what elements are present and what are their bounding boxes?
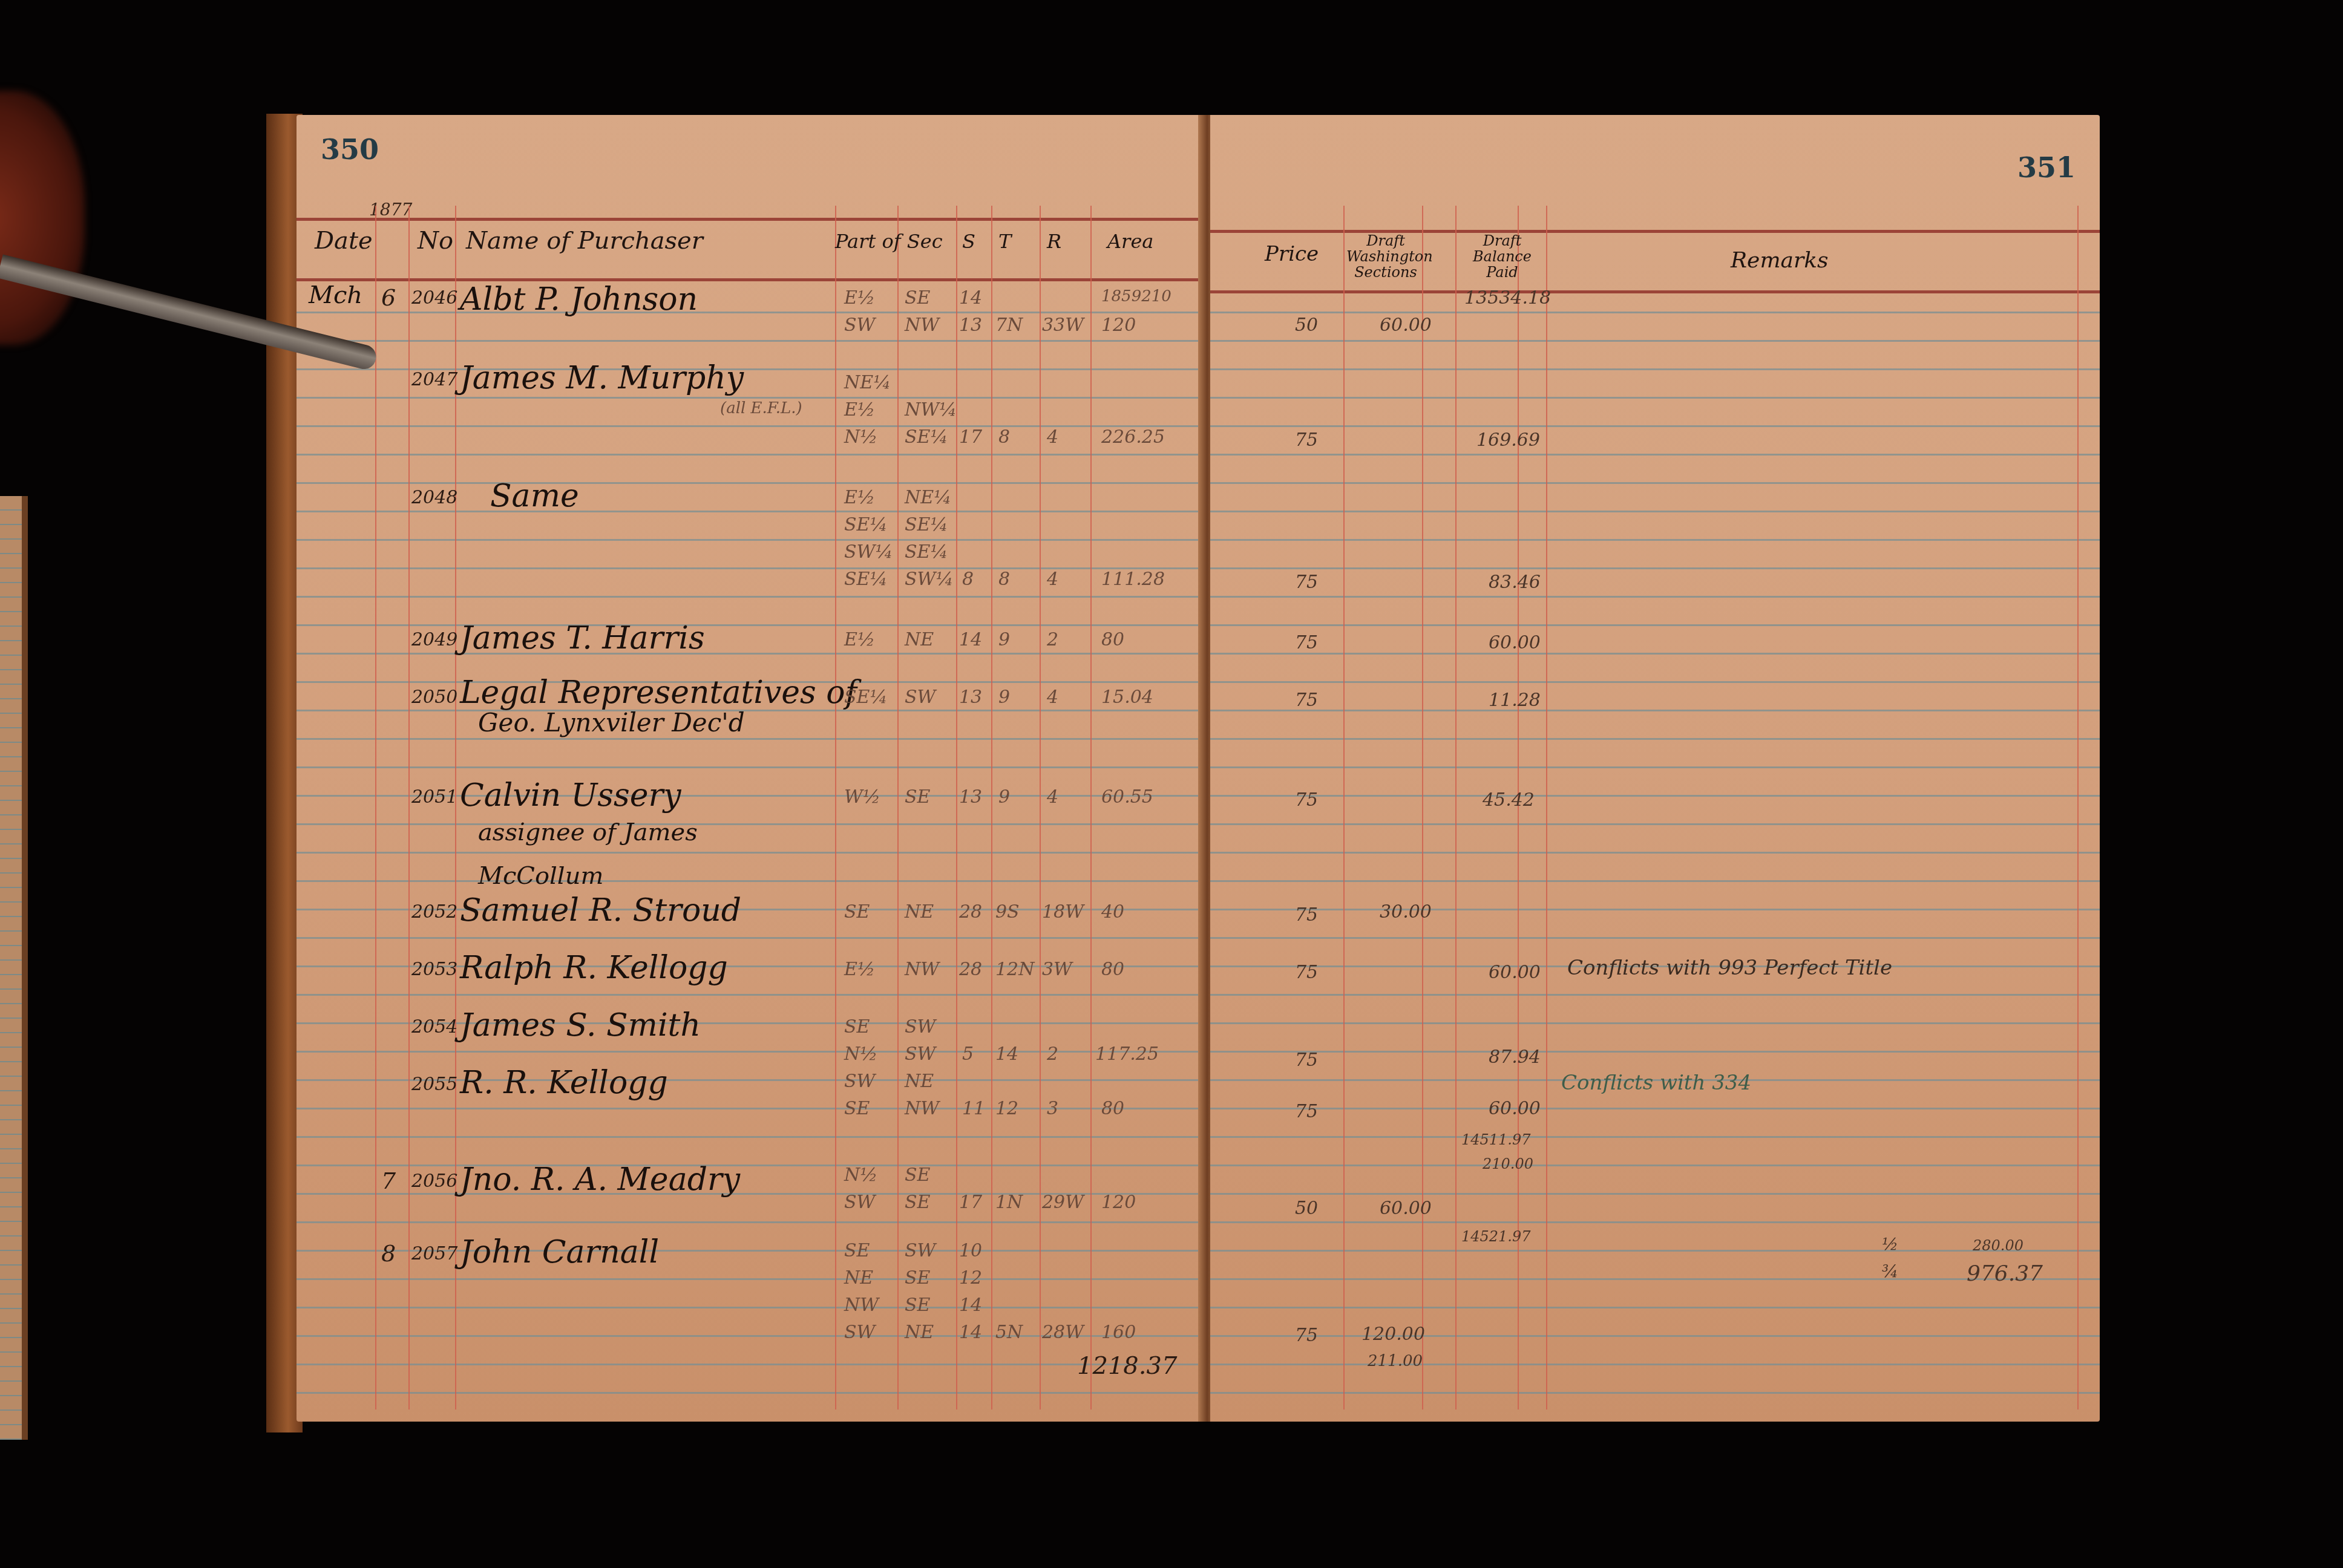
area: 160 [1101,1322,1136,1343]
entry-no: 2050 [411,687,457,708]
purchaser-name: James S. Smith [460,1007,701,1044]
entry-day: 6 [381,284,396,311]
header-s: S [962,230,975,253]
quarter: SE [905,1295,930,1316]
remark-text: Conflicts with 993 Perfect Title [1567,956,1892,980]
part: E½ [844,629,875,650]
header-name-of-purchaser: Name of Purchaser [466,227,703,255]
part: E½ [844,487,875,508]
range: 29W [1042,1192,1084,1213]
purchaser-name: James T. Harris [460,620,705,656]
purchaser-name: James M. Murphy [460,360,744,396]
part: SW¼ [844,541,893,563]
balance-value: 14521.97 [1461,1228,1531,1245]
range: 2 [1047,629,1058,650]
entry-no: 2049 [411,629,457,650]
quarter: NE [905,629,934,650]
col-rule [1455,206,1457,1410]
area: 80 [1101,629,1124,650]
quarter: NW [905,1098,939,1119]
quarter: SW [905,1016,936,1037]
sec: 8 [962,569,974,590]
area: 80 [1101,959,1124,980]
ruled-line [297,1165,1204,1166]
left-page: 350 1877 Date No Name of Purchaser Part … [297,115,1204,1422]
hand [0,91,85,345]
ruled-line [297,596,1204,598]
entry-day: 7 [381,1168,396,1194]
quarter: NW [905,959,939,980]
purchaser-name: Ralph R. Kellogg [460,950,728,986]
part: SW [844,1071,875,1092]
quarter: NE [905,1322,934,1343]
side-note-value: 280.00 [1973,1237,2023,1254]
price-value: 50 [1295,1198,1318,1219]
quarter: SW [905,1044,936,1065]
header-area: Area [1107,230,1153,253]
ruled-line [297,1136,1204,1138]
ruled-line [297,1364,1204,1365]
area: 120 [1101,1192,1136,1213]
sec: 13 [959,786,982,808]
sec: 13 [959,687,982,708]
purchaser-name: Samuel R. Stroud [460,892,741,929]
part: SE¼ [844,687,888,708]
washington-value: 120.00 [1362,1324,1425,1345]
area: 1859210 [1101,287,1171,305]
purchaser-name: Calvin Ussery [460,777,681,814]
area: 60.55 [1101,786,1153,808]
part: SE¼ [844,514,888,535]
area: 120 [1101,315,1136,336]
part: NW [844,1295,879,1316]
entry-no: 2052 [411,901,457,923]
sec: 14 [959,1322,982,1343]
township: 9 [998,687,1010,708]
running-addition: 210.00 [1483,1155,1533,1172]
quarter: NE¼ [844,372,891,393]
area-total: 1218.37 [1077,1352,1177,1380]
price-value: 75 [1295,1050,1318,1071]
ruled-line [297,937,1204,939]
township: 1N [995,1192,1023,1213]
area: 226.25 [1101,426,1165,448]
col-rule [408,206,410,1410]
sec: 28 [959,901,982,923]
entry-day: 8 [381,1240,396,1267]
header-no: No [418,227,453,255]
ruled-line [297,653,1204,655]
price-value: 75 [1295,1101,1318,1122]
quarter: NE [905,1071,934,1092]
part: E½ [844,959,875,980]
ruled-line [297,1307,1204,1308]
washington-total: 211.00 [1368,1352,1423,1370]
purchaser-name: R. R. Kellogg [460,1065,668,1101]
ruled-line [297,1392,1204,1394]
part: N½ [844,426,877,448]
price-value: 75 [1295,690,1318,711]
header-top-rule [297,218,1204,221]
price-value: 75 [1295,632,1318,653]
quarter: SE [905,786,930,808]
part: SE¼ [844,569,888,590]
price-value: 75 [1295,430,1318,451]
part: SE [844,901,870,923]
ruled-line [297,1108,1204,1109]
purchaser-name: Albt P. Johnson [460,281,698,318]
part: SW [844,1322,875,1343]
entry-no: 2057 [411,1243,457,1264]
header-r: R [1047,230,1061,253]
balance-value: 60.00 [1489,962,1541,983]
page-number-right: 351 [2017,151,2076,184]
purchaser-name: John Carnall [460,1234,659,1270]
ruled-line [297,482,1204,484]
township: 9 [998,786,1010,808]
range: 4 [1047,569,1058,590]
header-remarks: Remarks [1731,248,1829,273]
sec: 13 [959,315,982,336]
ruled-line [297,994,1204,996]
quarter: SE [905,287,930,309]
balance-value: 60.00 [1489,632,1541,653]
running-subtotal: 14511.97 [1461,1131,1531,1148]
sec: 17 [959,1192,982,1213]
range: 4 [1047,687,1058,708]
col-rule [897,206,899,1410]
entry-no: 2055 [411,1074,457,1095]
price-value: 75 [1295,572,1318,593]
quarter: SE¼ [905,514,948,535]
header-draft-balance: Draft Balance Paid [1458,233,1546,280]
ruled-line [297,738,1204,740]
col-rule [2077,206,2079,1410]
price-value: 75 [1295,1325,1318,1346]
quarter: SE [905,1267,930,1289]
col-rule [1546,206,1547,1410]
quarter: SE [905,1165,930,1186]
purchaser-name: Same [490,478,579,514]
balance-value: 83.46 [1489,572,1541,593]
quarter: SE¼ [905,426,948,448]
balance-value: 169.69 [1476,430,1540,451]
quarter: SW [905,687,936,708]
ruled-line [297,567,1204,569]
remark-text: Conflicts with 334 [1561,1071,1751,1095]
sec: 10 [959,1240,982,1261]
ruled-line [297,539,1204,541]
ruled-line [297,454,1204,456]
township: 14 [995,1044,1018,1065]
entry-note: assignee of James McCollum [478,811,781,898]
quarter: NE [905,901,934,923]
header-price: Price [1265,242,1319,266]
col-rule [375,206,376,1410]
part: W½ [844,786,880,808]
quarter: NE¼ [905,487,951,508]
col-rule [1343,206,1345,1410]
col-rule [956,206,957,1410]
purchaser-name: Legal Representatives of [460,675,857,711]
range: 33W [1042,315,1084,336]
ruled-line [297,425,1204,427]
sec: 5 [962,1044,974,1065]
entry-note: (all E.F.L.) [720,399,802,417]
part: NE [844,1267,873,1289]
sec: 14 [959,287,982,309]
township: 12 [995,1098,1018,1119]
header-bottom-rule [297,278,1204,281]
entry-no: 2048 [411,487,457,508]
quarter: NW¼ [905,399,957,420]
range: 4 [1047,426,1058,448]
part: SE [844,1016,870,1037]
side-note-value: 976.37 [1967,1261,2043,1286]
entry-no: 2047 [411,369,457,390]
entry-note: Geo. Lynxviler Dec'd [478,708,745,737]
range: 3W [1042,959,1072,980]
range: 4 [1047,786,1058,808]
sec: 14 [959,1295,982,1316]
quarter: SE¼ [905,541,948,563]
ledger-book: 350 1877 Date No Name of Purchaser Part … [266,109,2106,1452]
header-date: Date [315,227,373,255]
entry-no: 2054 [411,1016,457,1037]
col-rule [1040,206,1041,1410]
sec: 14 [959,629,982,650]
entry-no: 2053 [411,959,457,980]
quarter: NW [905,315,939,336]
entry-no: 2051 [411,786,457,808]
entry-month: Mch [309,281,362,309]
part: SW [844,315,875,336]
area: 117.25 [1095,1044,1159,1065]
area: 111.28 [1101,569,1165,590]
side-note-fraction: ½ [1882,1234,1898,1254]
col-rule [1422,206,1423,1410]
part: N½ [844,1044,877,1065]
part: E½ [844,287,875,309]
ruled-line [297,1278,1204,1280]
price-value: 75 [1295,904,1318,926]
ruled-line [297,397,1204,399]
col-rule [1090,206,1092,1410]
header-part-of-sec: Part of Sec [835,230,943,253]
part: SE [844,1240,870,1261]
ruled-line [297,1221,1204,1223]
washington-value: 60.00 [1380,1198,1432,1219]
purchaser-name: Jno. R. A. Meadry [460,1161,740,1198]
balance-value: 11.28 [1489,690,1541,711]
price-value: 50 [1295,315,1318,336]
ruled-line [297,511,1204,512]
township: 9 [998,629,1010,650]
right-page: 351 Price Draft Washington Sections Draf… [1210,115,2100,1422]
range: 3 [1047,1098,1058,1119]
ruled-line [297,1051,1204,1053]
ruled-line [297,766,1204,768]
quarter: SW¼ [905,569,953,590]
page-number-left: 350 [321,133,379,166]
ruled-line [297,340,1204,342]
area: 15.04 [1101,687,1153,708]
township: 9S [995,901,1020,923]
township: 7N [995,315,1023,336]
sec: 11 [962,1098,985,1119]
entry-no: 2056 [411,1171,457,1192]
part: SE [844,1098,870,1119]
entry-no: 2046 [411,287,457,309]
price-value: 75 [1295,789,1318,811]
balance-value: 60.00 [1489,1098,1541,1119]
range: 28W [1042,1322,1084,1343]
township: 5N [995,1322,1023,1343]
range: 2 [1047,1044,1058,1065]
balance-value: 13534.18 [1464,287,1551,309]
balance-value: 45.42 [1483,789,1535,811]
col-rule [835,206,836,1410]
header-t: T [998,230,1011,253]
balance-value: 87.94 [1489,1047,1541,1068]
sec: 17 [959,426,982,448]
part: N½ [844,1165,877,1186]
area: 80 [1101,1098,1124,1119]
header-draft-washington: Draft Washington Sections [1346,233,1425,280]
ruled-line [297,624,1204,626]
price-value: 75 [1295,962,1318,983]
side-note-fraction: ¾ [1882,1261,1898,1281]
washington-value: 60.00 [1380,315,1432,336]
township: 12N [995,959,1034,980]
part: SW [844,1192,875,1213]
area: 40 [1101,901,1124,923]
loose-page-edge [0,496,28,1440]
part: E½ [844,399,875,420]
sec: 28 [959,959,982,980]
ruled-line [297,312,1204,313]
township: 8 [998,569,1010,590]
sec: 12 [959,1267,982,1289]
range: 18W [1042,901,1084,923]
quarter: SW [905,1240,936,1261]
quarter: SE [905,1192,930,1213]
township: 8 [998,426,1010,448]
washington-value: 30.00 [1380,901,1432,923]
col-rule [991,206,992,1410]
